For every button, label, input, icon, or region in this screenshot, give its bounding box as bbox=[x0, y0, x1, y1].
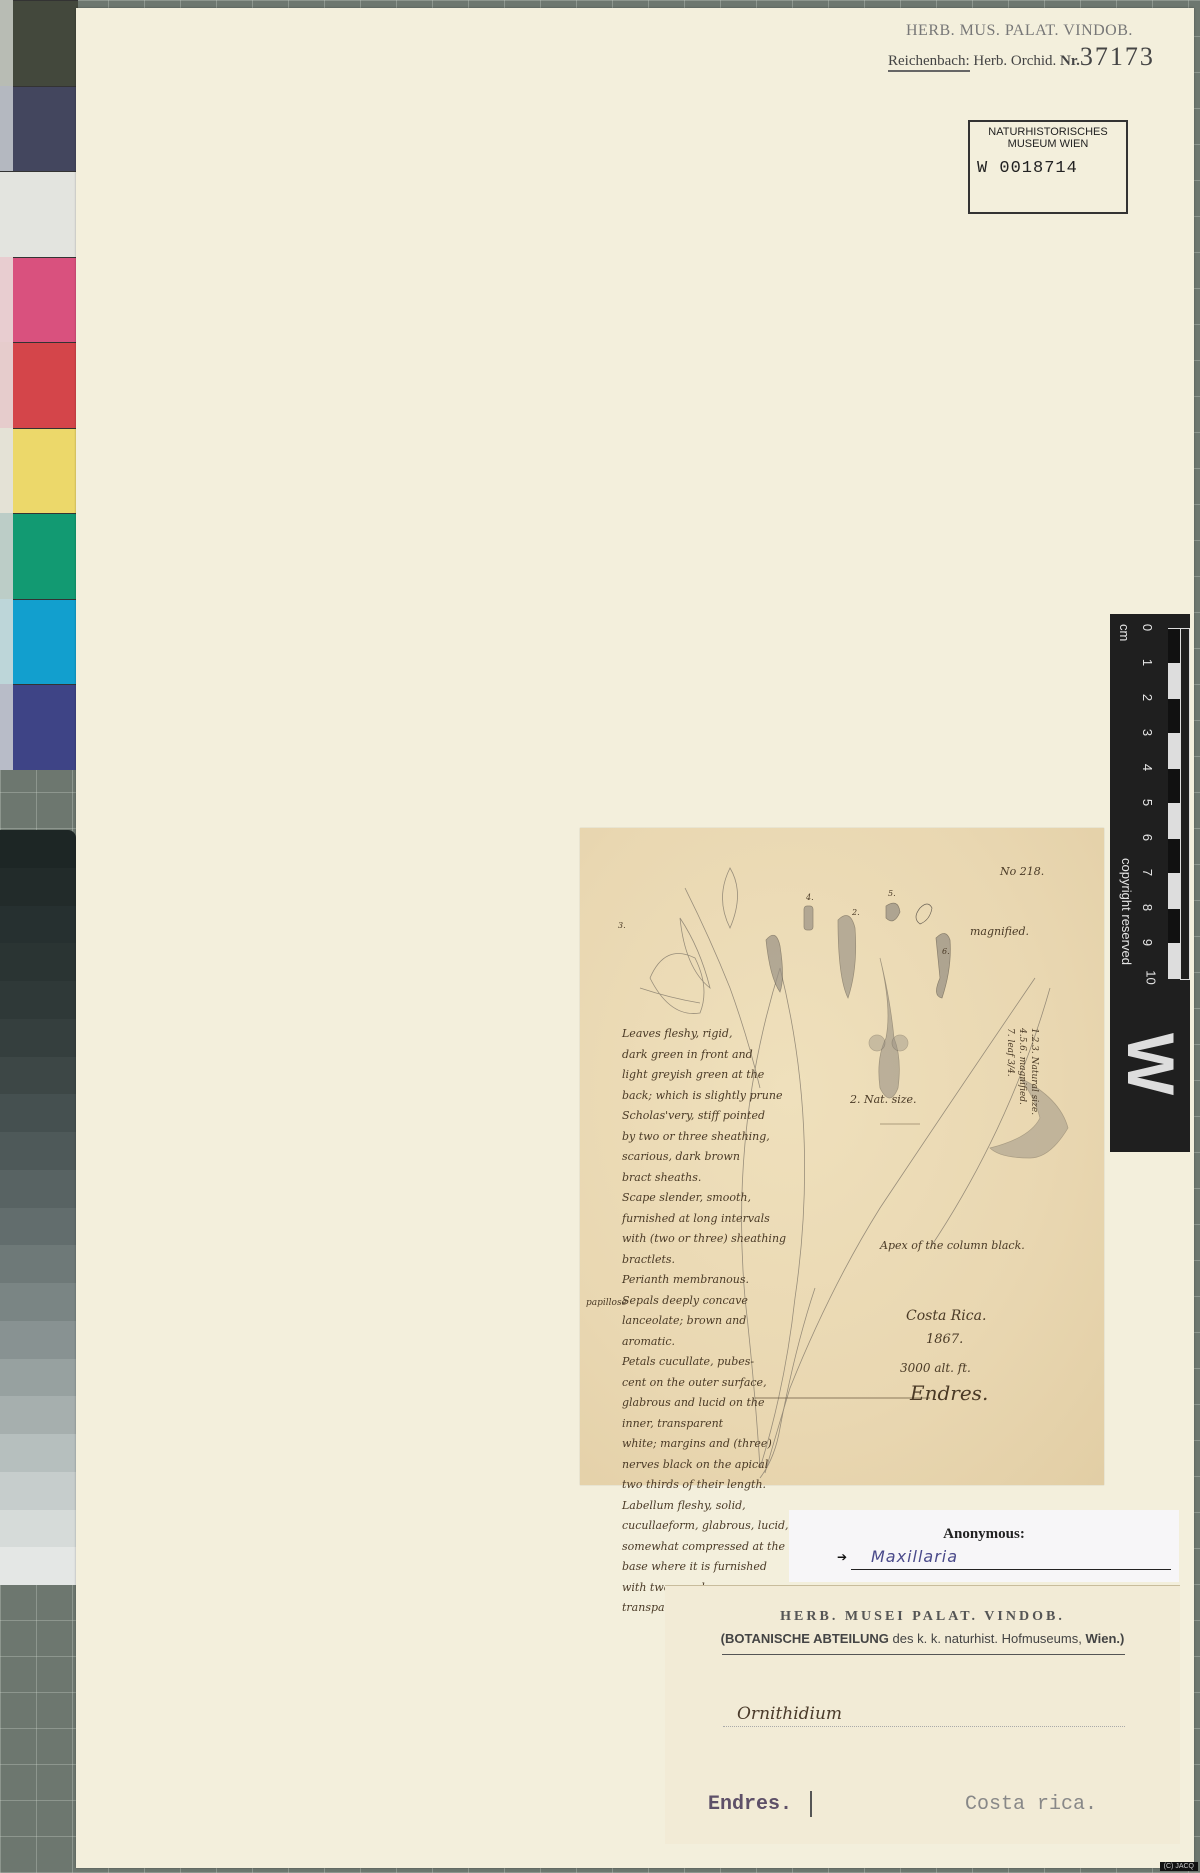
grey-step bbox=[0, 1094, 76, 1132]
ruler-tick-label: 4 bbox=[1140, 764, 1155, 771]
museum-name-line1: NATURHISTORISCHES bbox=[970, 126, 1126, 138]
museum-barcode-stamp: NATURHISTORISCHES MUSEUM WIEN W 0018714 bbox=[968, 120, 1128, 214]
swatch-color bbox=[13, 428, 78, 514]
side-note-line: 7. leaf 3/4. bbox=[1004, 1028, 1016, 1115]
note-line: back; which is slightly prune bbox=[622, 1086, 802, 1107]
grey-step bbox=[0, 943, 76, 981]
swatch-light-strip bbox=[0, 342, 13, 428]
side-note: 1.2.3. Natural size. 4.5.6. magnified. 7… bbox=[1004, 1028, 1040, 1115]
ruler-segment bbox=[1168, 943, 1180, 979]
grey-step bbox=[0, 830, 76, 868]
color-swatch-blue bbox=[0, 684, 78, 770]
color-swatch-magenta bbox=[0, 257, 78, 343]
color-swatch-red bbox=[0, 342, 78, 428]
institution-logo: W bbox=[1113, 1033, 1189, 1095]
ruler-segment bbox=[1168, 768, 1180, 804]
swatch-color bbox=[13, 0, 78, 86]
description-notes: Leaves fleshy, rigid,dark green in front… bbox=[622, 1024, 802, 1619]
fig-label-5: 5. bbox=[888, 884, 896, 905]
drawing-year: 1867. bbox=[926, 1330, 963, 1351]
color-calibration-chart bbox=[0, 0, 78, 770]
copyright-notice: copyright reserved bbox=[1119, 858, 1134, 965]
collection-name: Herb. Orchid. bbox=[973, 53, 1056, 69]
swatch-light-strip bbox=[0, 257, 13, 343]
arrow-right-icon: ➔ bbox=[837, 1550, 847, 1565]
determiner-name: Anonymous: bbox=[789, 1526, 1179, 1543]
note-line: Petals cucullate, pubes- bbox=[622, 1352, 802, 1373]
label-locality: Costa rica. bbox=[965, 1793, 1097, 1816]
swatch-color bbox=[13, 342, 78, 428]
fig-label-6: 6. bbox=[942, 942, 950, 963]
subtitle-department: (BOTANISCHE ABTEILUNG bbox=[721, 1631, 889, 1646]
grey-step bbox=[0, 1170, 76, 1208]
ruler-tick-label: 6 bbox=[1140, 834, 1155, 841]
note-line: Leaves fleshy, rigid, bbox=[622, 1024, 802, 1045]
color-swatch-navy bbox=[0, 86, 78, 172]
natural-size-note: 2. Nat. size. bbox=[850, 1090, 917, 1111]
side-note-line: 4.5.6. magnified. bbox=[1016, 1028, 1028, 1115]
orchid-illustration-sheet: No 218. magnified. 3. 4. 2. 5. 6. 2. Nat… bbox=[580, 828, 1104, 1485]
magnified-note: magnified. bbox=[970, 922, 1029, 943]
museum-name: NATURHISTORISCHES MUSEUM WIEN bbox=[970, 126, 1126, 150]
note-line: Perianth membranous. bbox=[622, 1270, 802, 1291]
grey-step bbox=[0, 1359, 76, 1397]
grey-step bbox=[0, 1396, 76, 1434]
note-line: by two or three sheathing, bbox=[622, 1127, 802, 1148]
scale-ruler: cm copyright reserved W 012345678910 bbox=[1110, 614, 1190, 1152]
barcode-number: W 0018714 bbox=[977, 159, 1126, 178]
collector-signature: Endres. bbox=[910, 1383, 988, 1404]
note-line: glabrous and lucid on the bbox=[622, 1393, 802, 1414]
label-dotted-line bbox=[723, 1726, 1125, 1727]
grey-step bbox=[0, 1019, 76, 1057]
determination-underline bbox=[851, 1569, 1171, 1570]
ruler-segment bbox=[1168, 908, 1180, 944]
note-line: cent on the outer surface, bbox=[622, 1373, 802, 1394]
note-line: aromatic. bbox=[622, 1332, 802, 1353]
apex-note: Apex of the column black. bbox=[880, 1236, 1025, 1257]
catalog-number: No 218. bbox=[1000, 862, 1044, 883]
collection-line: Reichenbach: Herb. Orchid. Nr.37173 bbox=[888, 42, 1188, 72]
note-line: dark green in front and bbox=[622, 1045, 802, 1066]
ruler-tick-label: 3 bbox=[1140, 729, 1155, 736]
note-line: two thirds of their length. bbox=[622, 1475, 802, 1496]
margin-note: papillose bbox=[586, 1298, 627, 1308]
ruler-segment bbox=[1168, 733, 1180, 769]
note-line: base where it is furnished bbox=[622, 1557, 802, 1578]
ruler-tick-label: 2 bbox=[1140, 694, 1155, 701]
note-line: Scape slender, smooth, bbox=[622, 1188, 802, 1209]
label-collector: Endres. bbox=[708, 1793, 792, 1816]
side-note-line: 1.2.3. Natural size. bbox=[1028, 1028, 1040, 1115]
herbarium-header-stamp: HERB. MUS. PALAT. VINDOB. Reichenbach: H… bbox=[888, 22, 1188, 72]
subtitle-institution: des k. k. naturhist. Hofmuseums, bbox=[889, 1631, 1086, 1646]
grey-step bbox=[0, 1245, 76, 1283]
color-swatch-dark-grey bbox=[0, 0, 78, 86]
specimen-number: 37173 bbox=[1080, 42, 1155, 71]
grey-step bbox=[0, 1283, 76, 1321]
fig-label-7: 2. bbox=[852, 903, 860, 924]
label-genus: Ornithidium bbox=[737, 1704, 842, 1724]
note-line: furnished at long intervals bbox=[622, 1209, 802, 1230]
note-line: bract sheaths. bbox=[622, 1168, 802, 1189]
ruler-tick-label: 8 bbox=[1140, 904, 1155, 911]
note-line: Scholas'very, stiff pointed bbox=[622, 1106, 802, 1127]
ruler-segment bbox=[1168, 873, 1180, 909]
image-credit: (C) JACQ bbox=[1160, 1862, 1198, 1871]
note-line: with (two or three) sheathing bbox=[622, 1229, 802, 1250]
fig-label-3: 3. bbox=[618, 916, 626, 937]
ruler-segment bbox=[1168, 628, 1180, 664]
ruler-unit: cm bbox=[1117, 624, 1132, 641]
color-swatch-yellow bbox=[0, 428, 78, 514]
swatch-color bbox=[13, 513, 78, 599]
color-swatch-cyan bbox=[0, 599, 78, 685]
herbarium-name: HERB. MUS. PALAT. VINDOB. bbox=[888, 22, 1188, 40]
museum-name-line2: MUSEUM WIEN bbox=[970, 138, 1126, 150]
swatch-light-strip bbox=[0, 684, 13, 770]
determination-label: Anonymous: ➔ Maxillaria bbox=[789, 1510, 1179, 1582]
note-line: Labellum fleshy, solid, bbox=[622, 1496, 802, 1517]
nr-label: Nr. bbox=[1060, 53, 1080, 69]
grey-step bbox=[0, 1510, 76, 1548]
label-divider bbox=[722, 1654, 1125, 1655]
greyscale-chart bbox=[0, 830, 76, 1585]
swatch-color bbox=[13, 257, 78, 343]
swatch-color bbox=[13, 599, 78, 685]
grey-step bbox=[0, 1321, 76, 1359]
grey-step bbox=[0, 1472, 76, 1510]
swatch-light-strip bbox=[0, 513, 13, 599]
grey-step bbox=[0, 906, 76, 944]
color-swatch-white bbox=[0, 171, 78, 257]
swatch-light-strip bbox=[0, 0, 13, 86]
grey-step bbox=[0, 981, 76, 1019]
subtitle-city: Wien.) bbox=[1085, 1631, 1124, 1646]
color-swatch-green bbox=[0, 513, 78, 599]
museum-label: HERB. MUSEI PALAT. VINDOB. (BOTANISCHE A… bbox=[665, 1585, 1180, 1844]
note-line: bractlets. bbox=[622, 1250, 802, 1271]
ruler-segment bbox=[1168, 838, 1180, 874]
label-mark bbox=[810, 1791, 812, 1817]
ruler-tick-label: 10 bbox=[1144, 970, 1159, 984]
swatch-color bbox=[13, 86, 78, 172]
grey-step bbox=[0, 868, 76, 906]
note-line: light greyish green at the bbox=[622, 1065, 802, 1086]
swatch-color bbox=[13, 684, 78, 770]
altitude-note: 3000 alt. ft. bbox=[900, 1358, 971, 1379]
museum-label-subtitle: (BOTANISCHE ABTEILUNG des k. k. naturhis… bbox=[665, 1631, 1180, 1646]
ruler-frame bbox=[1180, 628, 1190, 980]
swatch-light-strip bbox=[0, 86, 13, 172]
ruler-segment bbox=[1168, 803, 1180, 839]
swatch-light-strip bbox=[0, 428, 13, 514]
museum-label-title: HERB. MUSEI PALAT. VINDOB. bbox=[665, 1609, 1180, 1625]
grey-step bbox=[0, 1547, 76, 1585]
note-line: cucullaeform, glabrous, lucid, bbox=[622, 1516, 802, 1537]
swatch-color bbox=[0, 171, 78, 257]
herbarium-owner: Reichenbach: bbox=[888, 53, 970, 72]
ruler-segment bbox=[1168, 698, 1180, 734]
ruler-tick-label: 9 bbox=[1140, 939, 1155, 946]
note-line: scarious, dark brown bbox=[622, 1147, 802, 1168]
grey-step bbox=[0, 1208, 76, 1246]
note-line: Sepals deeply concave bbox=[622, 1291, 802, 1312]
grey-step bbox=[0, 1434, 76, 1472]
ruler-tick-label: 7 bbox=[1140, 869, 1155, 876]
ruler-tick-label: 0 bbox=[1140, 624, 1155, 631]
ruler-segment bbox=[1168, 663, 1180, 699]
grey-step bbox=[0, 1057, 76, 1095]
note-line: somewhat compressed at the bbox=[622, 1537, 802, 1558]
ruler-tick-label: 1 bbox=[1140, 659, 1155, 666]
note-line: inner, transparent bbox=[622, 1414, 802, 1435]
swatch-light-strip bbox=[0, 599, 13, 685]
note-line: lanceolate; brown and bbox=[622, 1311, 802, 1332]
ruler-tick-label: 5 bbox=[1140, 799, 1155, 806]
drawing-locality: Costa Rica. bbox=[906, 1306, 986, 1327]
determined-genus: Maxillaria bbox=[871, 1547, 958, 1566]
note-line: nerves black on the apical bbox=[622, 1455, 802, 1476]
grey-step bbox=[0, 1132, 76, 1170]
note-line: white; margins and (three) bbox=[622, 1434, 802, 1455]
fig-label-4: 4. bbox=[806, 888, 814, 909]
